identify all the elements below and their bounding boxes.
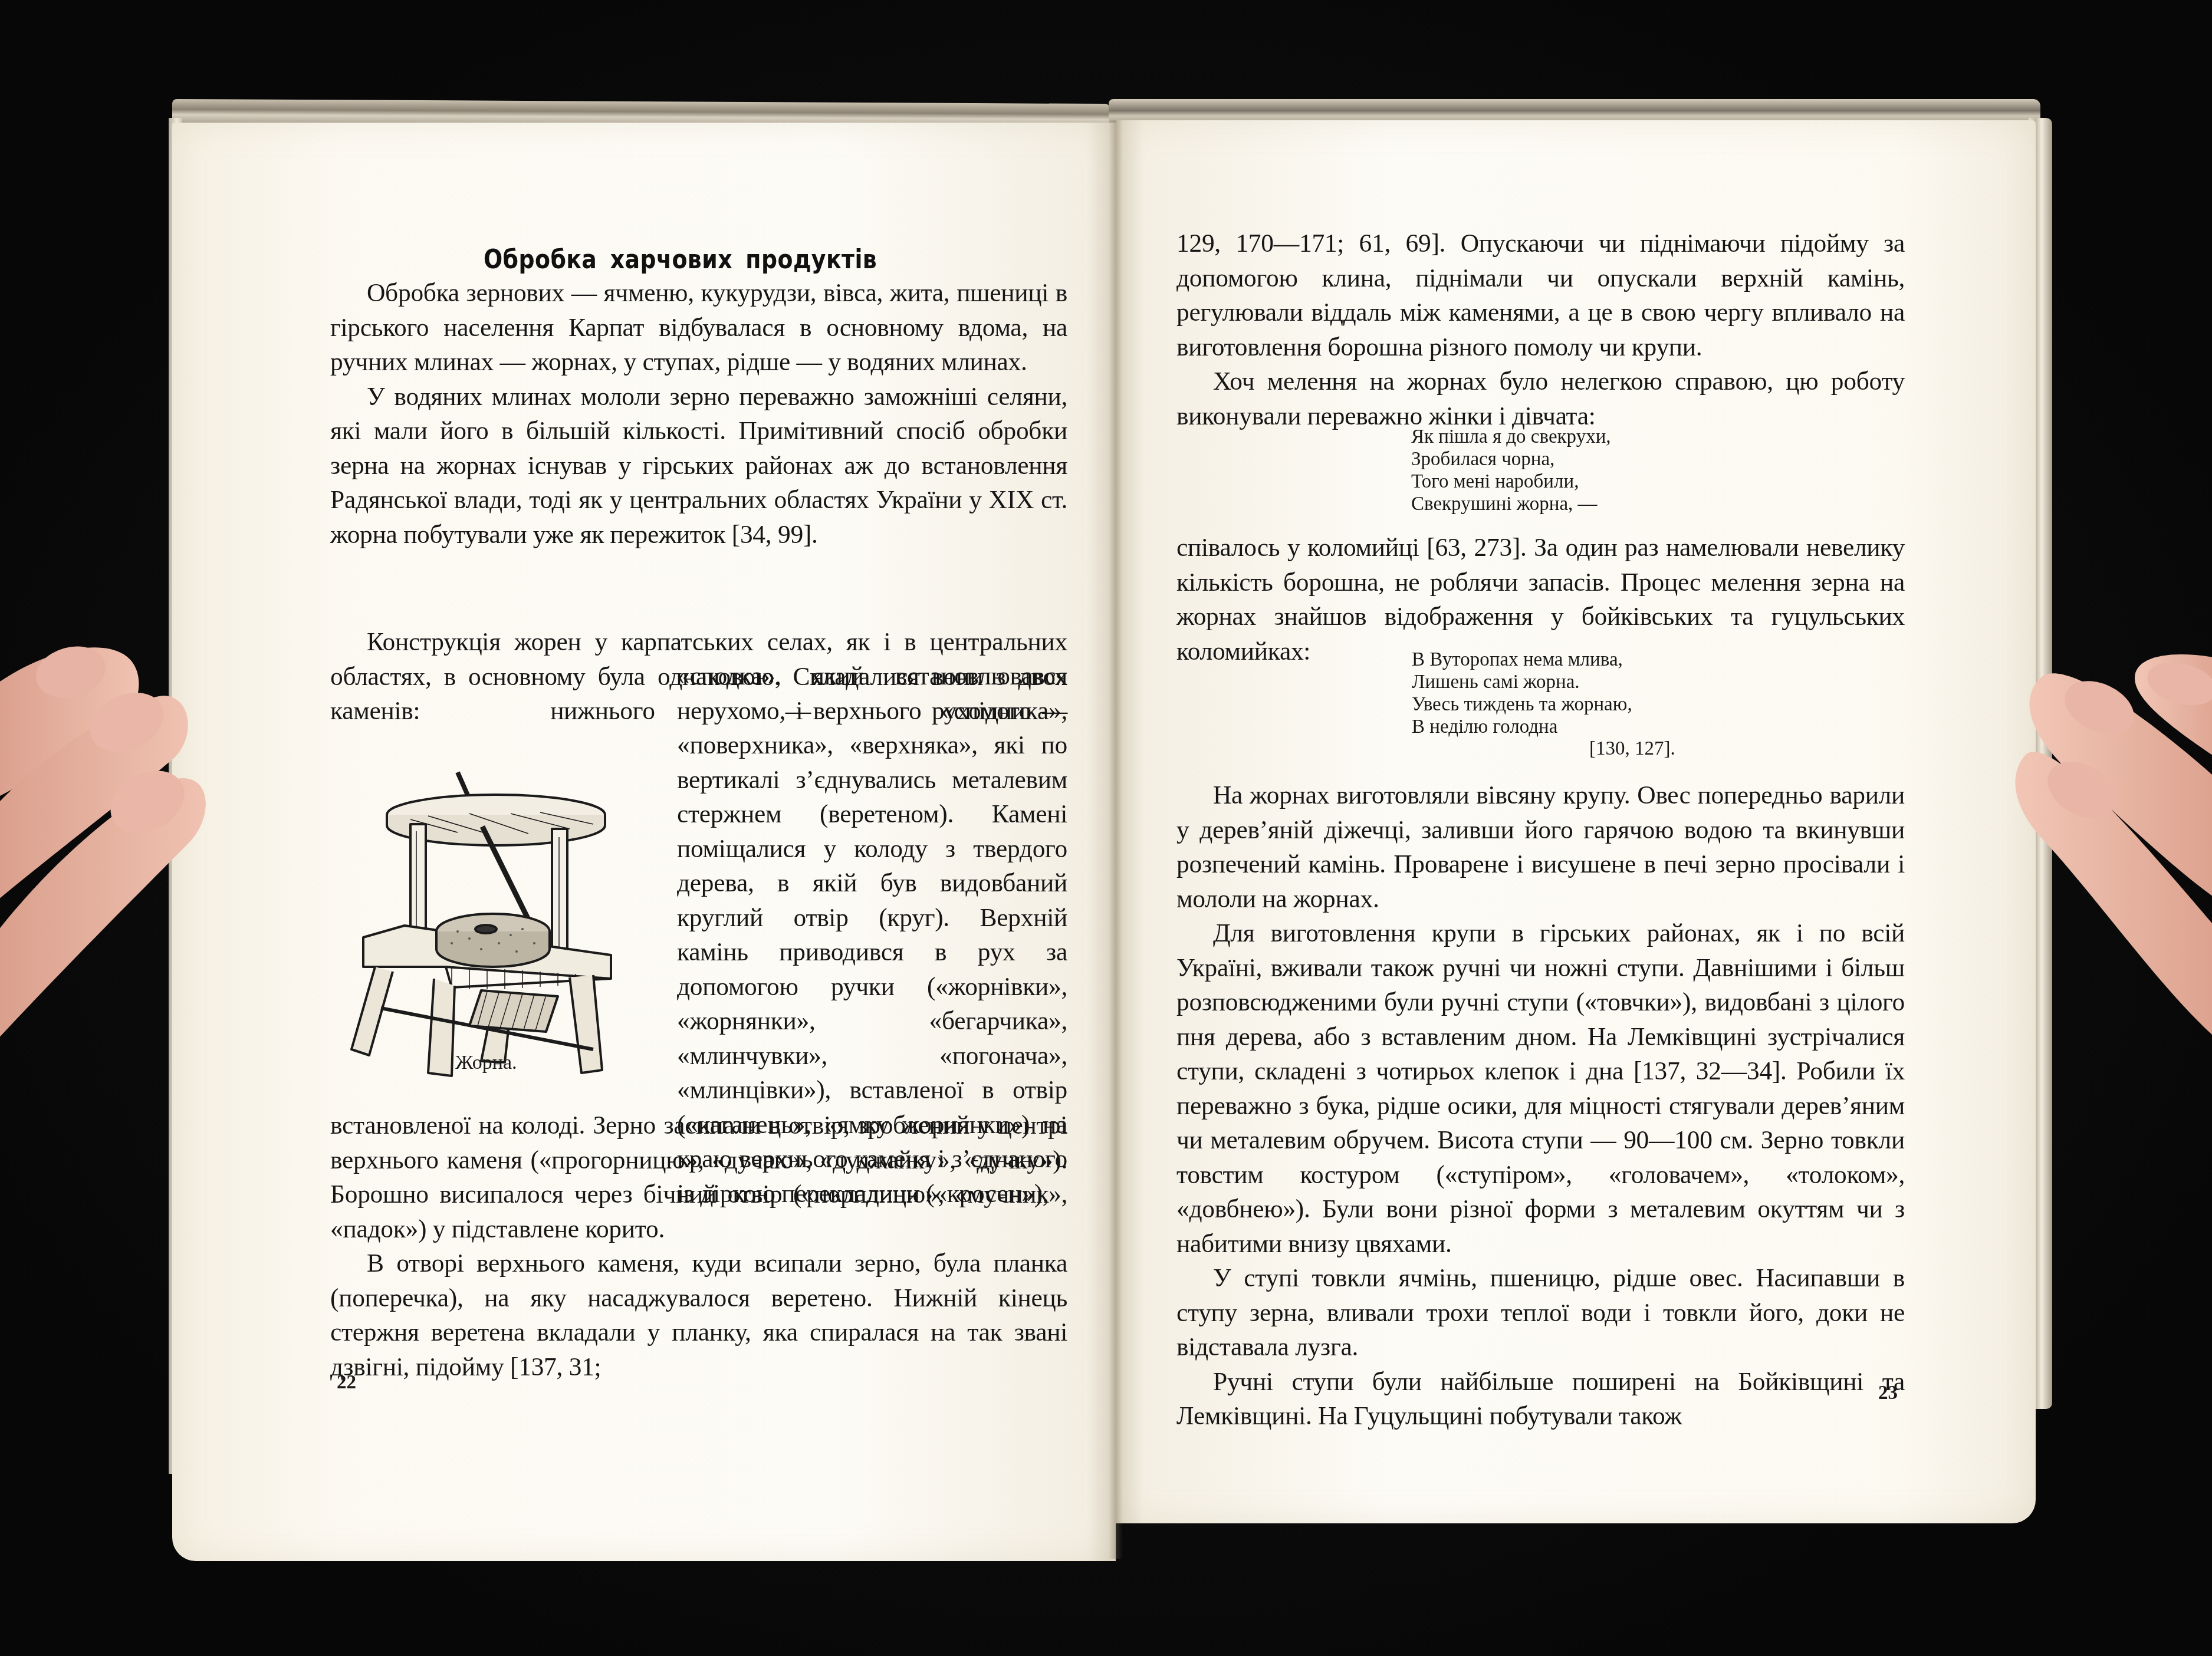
- page-number-left: 22: [337, 1372, 356, 1394]
- heading-word: продуктів: [745, 245, 877, 275]
- paragraph: 129, 170—171; 61, 69]. Опускаючи чи підн…: [1176, 226, 1905, 364]
- left-intro-text: Обробка зернових — ячменю, кукурудзи, ві…: [330, 276, 1067, 552]
- fingers-icon: [1981, 637, 2212, 1097]
- heading-word: харчових: [610, 245, 732, 275]
- left-hand-fingers: [0, 601, 283, 1085]
- paragraph: У ступі товкли ячмінь, пшеницю, рідше ов…: [1176, 1261, 1905, 1365]
- paragraph: Обробка зернових — ячменю, кукурудзи, ві…: [330, 276, 1067, 380]
- verse-line: Лишень самі жорна.: [1412, 671, 1632, 693]
- right-hand-fingers: [1981, 637, 2212, 1097]
- right-text-middle: співалось у коломийці [63, 273]. За один…: [1176, 531, 1905, 669]
- heading-word: Обробка: [484, 245, 597, 275]
- paragraph: Хоч мелення на жорнах було нелегкою спра…: [1176, 364, 1905, 433]
- paragraph: співалось у коломийці [63, 273]. За один…: [1176, 531, 1905, 669]
- section-heading: Обробкахарчовихпродуктів: [484, 245, 877, 275]
- paragraph: Ручні ступи були найбільше поширені на Б…: [1176, 1365, 1905, 1434]
- page-number-right: 23: [1878, 1382, 1898, 1404]
- verse-line: Того мені наробили,: [1411, 470, 1611, 493]
- kolomyika-verse-1: Як пішла я до свекрухи, Зробилася чорна,…: [1411, 426, 1611, 515]
- right-text-bottom: На жорнах виготовляли вівсяну крупу. Ове…: [1176, 778, 1905, 1434]
- verse-citation: [130, 127].: [1589, 738, 1675, 760]
- right-text-top: 129, 170—171; 61, 69]. Опускаючи чи підн…: [1176, 226, 1905, 433]
- verse-line: Як пішла я до свекрухи,: [1411, 426, 1611, 448]
- kolomyika-verse-2: В Вуторопах нема млива, Лишень самі жорн…: [1412, 648, 1632, 738]
- verse-line: В Вуторопах нема млива,: [1412, 648, 1632, 671]
- paragraph: встановленої на колоді. Зерно засипали в…: [330, 1108, 1067, 1246]
- verse-line: В неділю голодна: [1412, 716, 1632, 738]
- verse-line: Зробилася чорна,: [1411, 448, 1611, 470]
- paragraph: У водяних млинах мололи зерно переважно …: [330, 380, 1067, 552]
- fingers-icon: [0, 601, 283, 1085]
- paragraph: На жорнах виготовляли вівсяну крупу. Ове…: [1176, 778, 1905, 916]
- paragraph: Для виготовлення крупи в гірських района…: [1176, 916, 1905, 1261]
- verse-line: Свекрушині жорна, —: [1411, 493, 1611, 515]
- left-bottom-text: встановленої на колоді. Зерно засипали в…: [330, 1108, 1067, 1384]
- verse-line: Увесь тиждень та жорнаю,: [1412, 693, 1632, 716]
- book-spine: [1109, 120, 1123, 1559]
- paragraph: В отворі верхнього каменя, куди всипали …: [330, 1246, 1067, 1384]
- figure-caption: Жорна.: [455, 1052, 517, 1074]
